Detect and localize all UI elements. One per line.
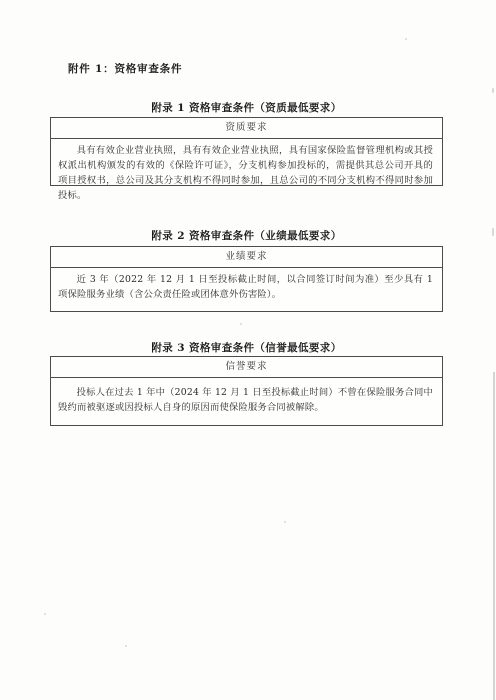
appendix-3-table-header: 信誉要求: [51, 357, 442, 378]
scan-edge-artifact: [493, 372, 495, 700]
appendix-2-table-header: 业绩要求: [51, 247, 442, 268]
appendix-1-table-body: 具有有效企业营业执照，具有有效企业营业执照，具有国家保险监督管理机构或其授权派出…: [51, 139, 442, 203]
scan-speck-artifact: [284, 521, 286, 523]
appendix-3-table: 信誉要求 投标人在过去 1 年中（2024 年 12 月 1 日至投标截止时间）…: [50, 356, 443, 426]
appendix-2-table: 业绩要求 近 3 年（2022 年 12 月 1 日至投标截止时间，以合同签订时…: [50, 246, 443, 312]
scan-speck-artifact: [492, 88, 494, 93]
appendix-2-table-body: 近 3 年（2022 年 12 月 1 日至投标截止时间，以合同签订时间为准）至…: [51, 268, 442, 302]
scan-speck-artifact: [405, 38, 407, 40]
appendix-1-title: 附录 1 资格审查条件（资质最低要求）: [50, 100, 443, 115]
appendix-1-table: 资质要求 具有有效企业营业执照，具有有效企业营业执照，具有国家保险监督管理机构或…: [50, 117, 443, 186]
scan-speck-artifact: [240, 323, 242, 325]
appendix-3-title: 附录 3 资格审查条件（信誉最低要求）: [50, 340, 443, 355]
appendix-2-title: 附录 2 资格审查条件（业绩最低要求）: [50, 228, 443, 243]
appendix-3-table-body: 投标人在过去 1 年中（2024 年 12 月 1 日至投标截止时间）不曾在保险…: [51, 378, 442, 415]
appendix-1-table-header: 资质要求: [51, 118, 442, 139]
document-page: 附件 1：资格审查条件 附录 1 资格审查条件（资质最低要求） 资质要求 具有有…: [0, 0, 496, 700]
scan-speck-artifact: [492, 228, 494, 236]
scan-speck-artifact: [125, 645, 127, 647]
attachment-title: 附件 1：资格审查条件: [68, 61, 182, 76]
scan-speck-artifact: [44, 613, 46, 615]
